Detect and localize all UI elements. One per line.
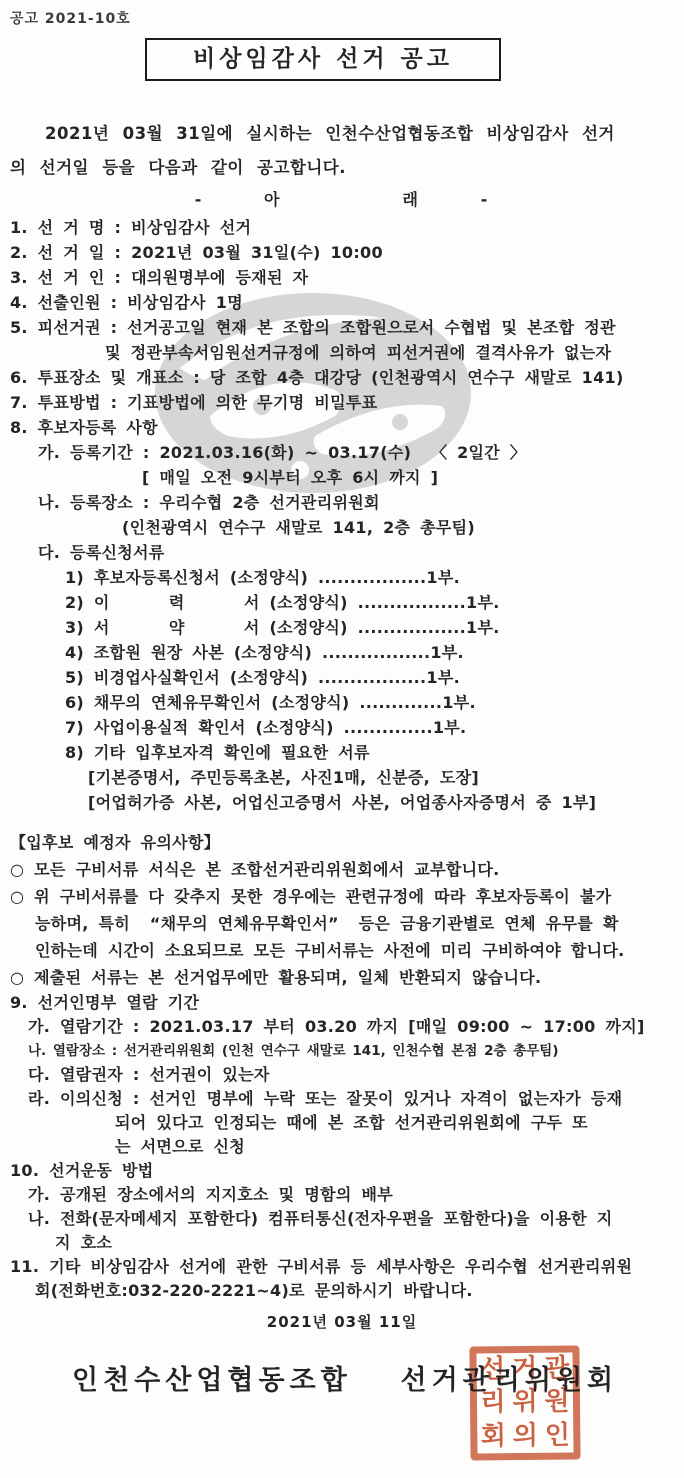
notice-number: 공고 2021-10호 [0,0,684,28]
doc-line: 4) 조합원 원장 사본 (소정양식) .................1부. [65,640,670,665]
doc-line: 인하는데 시간이 소요되므로 모든 구비서류는 사전에 미리 구비하여야 합니다… [35,937,670,964]
doc-line: 5) 비경업사실확인서 (소정양식) .................1부. [65,665,670,690]
doc-line: 나. 등록장소 : 우리수협 2층 선거관리위원회 [38,490,670,515]
seal-char: 회 [481,1421,506,1452]
doc-line: 3. 선 거 인 : 대의원명부에 등재된 자 [10,265,670,290]
doc-line: 는 서면으로 신청 [115,1135,670,1159]
body-lines: 1. 선 거 명 : 비상임감사 선거2. 선 거 일 : 2021년 03월 … [10,215,670,1303]
doc-line: 【입후보 예정자 유의사항】 [10,829,670,856]
intro-line: 2021년 03월 31일에 실시하는 인천수산업협동조합 비상임감사 선거 [10,117,670,151]
doc-line: 10. 선거운동 방법 [10,1159,670,1183]
doc-line: 다. 열람권자 : 선거권이 있는자 [28,1063,670,1087]
page-title: 비상임감사 선거 공고 [193,46,453,72]
doc-line: 6. 투표장소 및 개표소 : 당 조합 4층 대강당 (인천광역시 연수구 새… [10,365,670,390]
doc-line: 다. 등록신청서류 [38,540,670,565]
doc-line: ○ 모든 구비서류 서식은 본 조합선거관리위원회에서 교부합니다. [10,856,670,883]
doc-line: 능하며, 특히 “채무의 연체유무확인서” 등은 금융기관별로 연체 유무를 확 [35,910,670,937]
notice-date: 2021년 03월 11일 [0,1311,684,1332]
doc-line: ○ 위 구비서류를 다 갖추지 못한 경우에는 관련규정에 따라 후보자등록이 … [10,883,670,910]
doc-line: 7) 사업이용실적 확인서 (소정양식) ..............1부. [65,715,670,740]
doc-line: 1. 선 거 명 : 비상임감사 선거 [10,215,670,240]
doc-line: 1) 후보자등록신청서 (소정양식) .................1부. [65,565,670,590]
title-box: 비상임감사 선거 공고 [145,38,501,81]
document: 공고 2021-10호 비상임감사 선거 공고 2021년 03월 31일에 실… [0,0,684,1397]
issuer-line: 인천수산업협동조합 선거관리위원회 [72,1358,684,1397]
doc-line: 나. 전화(문자메세지 포함한다) 컴퓨터통신(전자우편을 포함한다)을 이용한… [28,1207,670,1231]
doc-line: [기본증명서, 주민등록초본, 사진1매, 신분증, 도장] [88,765,670,790]
doc-line: 및 정관부속서임원선거규정에 의하여 피선거권에 결격사유가 없는자 [105,340,670,365]
doc-line: 5. 피선거권 : 선거공고일 현재 본 조합의 조합원으로서 수협법 및 본조… [10,315,670,340]
doc-line: 지 호소 [55,1231,670,1255]
doc-line: 되어 있다고 인정되는 때에 본 조합 선거관리위원회에 구두 또 [115,1111,670,1135]
doc-line: [ 매일 오전 9시부터 오후 6시 까지 ] [142,465,670,490]
doc-line: 7. 투표방법 : 기표방법에 의한 무기명 비밀투표 [10,390,670,415]
doc-line: (인천광역시 연수구 새말로 141, 2층 총무팀) [122,515,670,540]
doc-line: 6) 채무의 연체유무확인서 (소정양식) .............1부. [65,690,670,715]
page: { "page": { "notice_no": "공고 2021-10호", … [0,0,684,1478]
doc-line: 8. 후보자등록 사항 [10,415,670,440]
intro-line: 의 선거일 등을 다음과 같이 공고합니다. [10,151,670,185]
doc-line: 회(전화번호:032-220-2221~4)로 문의하시기 바랍니다. [35,1279,670,1303]
doc-line: 라. 이의신청 : 선거인 명부에 누락 또는 잘못이 있거나 자격이 없는자가… [28,1087,670,1111]
doc-line: [어업허가증 사본, 어업신고증명서 사본, 어업종사자증명서 중 1부] [88,790,670,815]
intro-paragraph: 2021년 03월 31일에 실시하는 인천수산업협동조합 비상임감사 선거 의… [10,117,670,185]
doc-line: 8) 기타 입후보자격 확인에 필요한 서류 [65,740,670,765]
below-divider: - 아 래 - [0,185,684,215]
doc-line: 9. 선거인명부 열람 기간 [10,991,670,1015]
doc-line: 11. 기타 비상임감사 선거에 관한 구비서류 등 세부사항은 우리수협 선거… [10,1255,670,1279]
doc-line: 나. 열람장소 : 선거관리위원회 (인천 연수구 새말로 141, 인천수협 … [28,1039,670,1063]
seal-char: 의 [513,1421,538,1452]
doc-line: 3) 서 약 서 (소정양식) .................1부. [65,615,670,640]
doc-line: 가. 열람기간 : 2021.03.17 부터 03.20 까지 [매일 09:… [28,1015,670,1039]
doc-line: 가. 공개된 장소에서의 지지호소 및 명함의 배부 [28,1183,670,1207]
doc-line: ○ 제출된 서류는 본 선거업무에만 활용되며, 일체 반환되지 않습니다. [10,964,670,991]
doc-line: 2. 선 거 일 : 2021년 03월 31일(수) 10:00 [10,240,670,265]
doc-line: 4. 선출인원 : 비상임감사 1명 [10,290,670,315]
doc-line: 가. 등록기간 : 2021.03.16(화) ~ 03.17(수) 〈 2일간… [38,440,670,465]
seal-char: 인 [545,1420,570,1451]
doc-line: 2) 이 력 서 (소정양식) .................1부. [65,590,670,615]
